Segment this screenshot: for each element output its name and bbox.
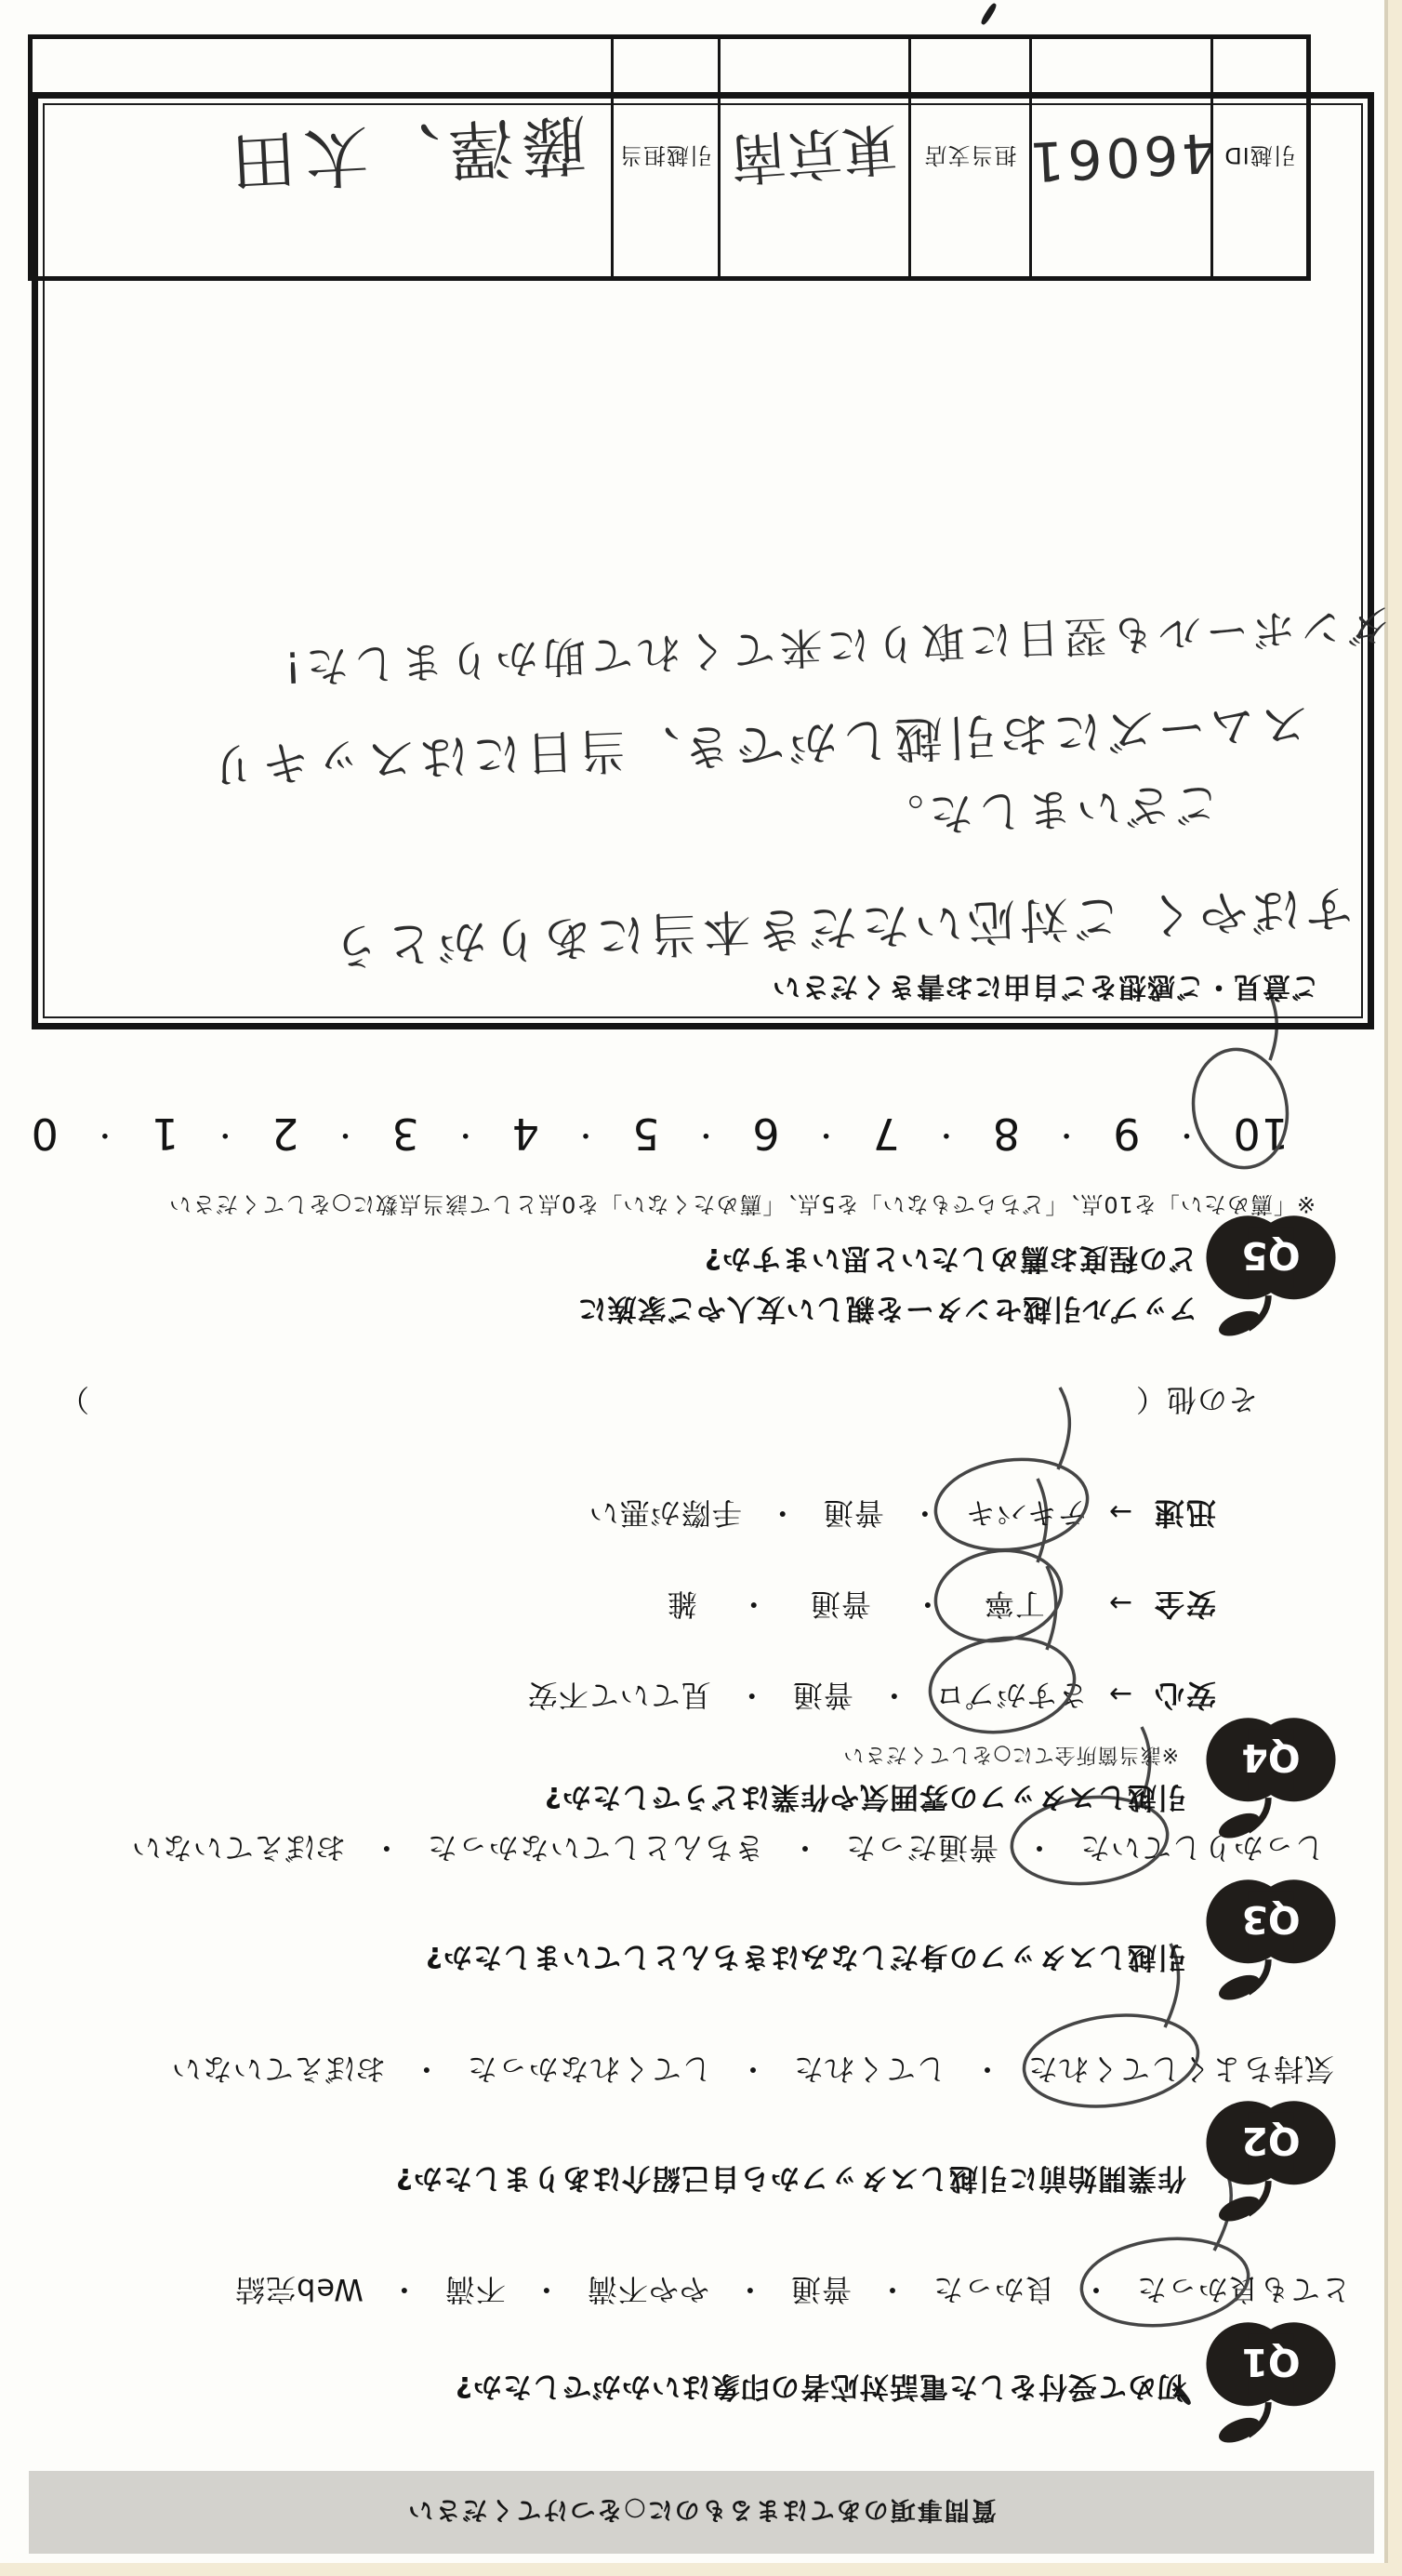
option-separator: ・ bbox=[346, 1830, 427, 1866]
option: きちんとしていなかった bbox=[427, 1830, 764, 1866]
option: 雑 bbox=[667, 1587, 697, 1622]
svg-text:Q5: Q5 bbox=[1241, 1233, 1300, 1278]
option-separator: ・ bbox=[419, 1118, 511, 1150]
option: 普通 bbox=[792, 1678, 853, 1713]
option-separator: ・ bbox=[712, 2052, 793, 2087]
option-separator: ・ bbox=[539, 1118, 631, 1150]
option: してくれた bbox=[793, 2052, 946, 2087]
q3-title: 引越しスタッフの身だしなみはきちんとしていましたか? bbox=[425, 1939, 1186, 1981]
option-separator: ・ bbox=[709, 2272, 790, 2307]
option-separator: ・ bbox=[742, 1495, 823, 1531]
svg-text:Q2: Q2 bbox=[1241, 2118, 1300, 2163]
q3-apple-mascot-icon: Q3 bbox=[1201, 1869, 1341, 2003]
nps-value: 5 bbox=[631, 1109, 659, 1159]
q5-title-line1: アップル引越センターを親しい友人やご家族に bbox=[577, 1291, 1197, 1333]
option-separator: ・ bbox=[1020, 1118, 1112, 1150]
option: 普通 bbox=[790, 2272, 852, 2307]
q4-title: 引越しスタッフの雰囲気や作業はどうでしたか? bbox=[544, 1779, 1186, 1821]
q2-apple-mascot-icon: Q2 bbox=[1201, 2091, 1341, 2224]
nps-value: 1 bbox=[151, 1109, 179, 1159]
option-separator: ・ bbox=[506, 2272, 587, 2307]
option: 良かった bbox=[932, 2272, 1055, 2307]
option-separator: ・ bbox=[711, 1678, 792, 1713]
svg-text:Q3: Q3 bbox=[1241, 1897, 1300, 1942]
nps-value: 7 bbox=[872, 1109, 900, 1159]
option: 不満 bbox=[444, 2272, 506, 2307]
q5-note: ※「薦めたい」を10点、「どちらでもない」を5点、「薦めたくない」を0点として該… bbox=[168, 1190, 1316, 1223]
q4-row-jinsoku: 迅速→テキパキ・普通・手際が悪い bbox=[589, 1494, 1216, 1536]
option-separator: ・ bbox=[697, 1587, 810, 1622]
nps-scale: 10・9・8・7・6・5・4・3・2・1・0 bbox=[31, 1109, 1289, 1159]
option: 普通だった bbox=[845, 1830, 999, 1866]
q4-apple-mascot-icon: Q4 bbox=[1201, 1707, 1341, 1841]
svg-text:Q4: Q4 bbox=[1241, 1735, 1300, 1780]
option-separator: ・ bbox=[659, 1118, 751, 1150]
option: おぼえていない bbox=[171, 2052, 386, 2087]
comment-box-title: ご意見・ご感想をご自由にお書きください bbox=[772, 969, 1319, 1010]
footer-cell-value: 東京南 bbox=[718, 39, 908, 276]
option-separator: ・ bbox=[59, 1118, 151, 1150]
option-separator: ・ bbox=[764, 1830, 845, 1866]
pen-circle-q4-jinsoku bbox=[917, 1381, 1103, 1557]
instruction-bar: 質問事項のあてはまるものに○をつけてください bbox=[29, 2471, 1374, 2554]
footer-cell-label: 引越ID bbox=[1210, 39, 1306, 276]
option: 普通 bbox=[810, 1587, 871, 1622]
arrow-icon: → bbox=[1088, 1587, 1153, 1619]
handwritten-comment-line: ございました。 bbox=[874, 775, 1221, 852]
option: 見ていて不安 bbox=[527, 1678, 711, 1713]
nps-value: 9 bbox=[1112, 1109, 1140, 1159]
footer-cell-value: 藤澤、太田 bbox=[33, 39, 611, 276]
nps-value: 6 bbox=[751, 1109, 779, 1159]
q2-title: 作業開始前に引越しスタッフから自己紹介はありましたか? bbox=[395, 2160, 1186, 2202]
arrow-icon: → bbox=[1088, 1678, 1153, 1710]
option: 普通 bbox=[823, 1495, 884, 1531]
q4-note: ※該当箇所全てに○をしてください bbox=[842, 1742, 1179, 1771]
q1-title: 初めて受付をした電話対応者の印象はいかがでしたか? bbox=[455, 2369, 1186, 2410]
option: 手際が悪い bbox=[589, 1495, 742, 1531]
q4-row-anshin: 安心→さすがプロ・普通・見ていて不安 bbox=[527, 1676, 1216, 1719]
q4-other-close: ） bbox=[59, 1380, 89, 1423]
option: やや不満 bbox=[587, 2272, 709, 2307]
q4-row-label: 安心 bbox=[1153, 1678, 1216, 1713]
option-separator: ・ bbox=[179, 1118, 271, 1150]
option-separator: ・ bbox=[298, 1118, 390, 1150]
nps-value: 3 bbox=[390, 1109, 418, 1159]
option-separator: ・ bbox=[780, 1118, 872, 1150]
option: してくれなかった bbox=[467, 2052, 712, 2087]
nps-value: 2 bbox=[271, 1109, 298, 1159]
instruction-text: 質問事項のあてはまるものに○をつけてください bbox=[406, 2494, 997, 2530]
upside-down-form: 質問事項のあてはまるものに○をつけてください Q1 初めて受付をした電話対応者の… bbox=[0, 0, 1402, 2576]
q4-row-label: 迅速 bbox=[1153, 1495, 1216, 1531]
q5-title-line2: どの程度お薦めしたいと思いますか? bbox=[704, 1241, 1197, 1282]
footer-cell-label: 担当支店 bbox=[908, 39, 1029, 276]
svg-text:Q1: Q1 bbox=[1241, 2340, 1300, 2384]
option: Web完結 bbox=[234, 2272, 364, 2307]
footer-cell-value: 2460613 bbox=[1029, 39, 1210, 276]
open-paren: （ bbox=[1135, 1382, 1166, 1417]
nps-value: 4 bbox=[511, 1109, 539, 1159]
footer-cell-label: 引越担当 bbox=[611, 39, 718, 276]
q5-apple-mascot-icon: Q5 bbox=[1201, 1205, 1341, 1339]
option: おぼえていない bbox=[131, 1830, 346, 1866]
q4-row-label: 安全 bbox=[1153, 1587, 1216, 1622]
nps-value: 8 bbox=[992, 1109, 1020, 1159]
option-separator: ・ bbox=[364, 2272, 444, 2307]
q4-other-label: その他 bbox=[1166, 1382, 1258, 1417]
close-paren: ） bbox=[59, 1382, 89, 1417]
footer-table: 引越ID 2460613 担当支店 東京南 引越担当 藤澤、太田 bbox=[28, 34, 1311, 281]
q4-other-row: その他（ bbox=[1135, 1380, 1258, 1423]
option-separator: ・ bbox=[386, 2052, 467, 2087]
option-separator: ・ bbox=[900, 1118, 992, 1150]
nps-value: 0 bbox=[31, 1109, 59, 1159]
option-separator: ・ bbox=[852, 2272, 932, 2307]
